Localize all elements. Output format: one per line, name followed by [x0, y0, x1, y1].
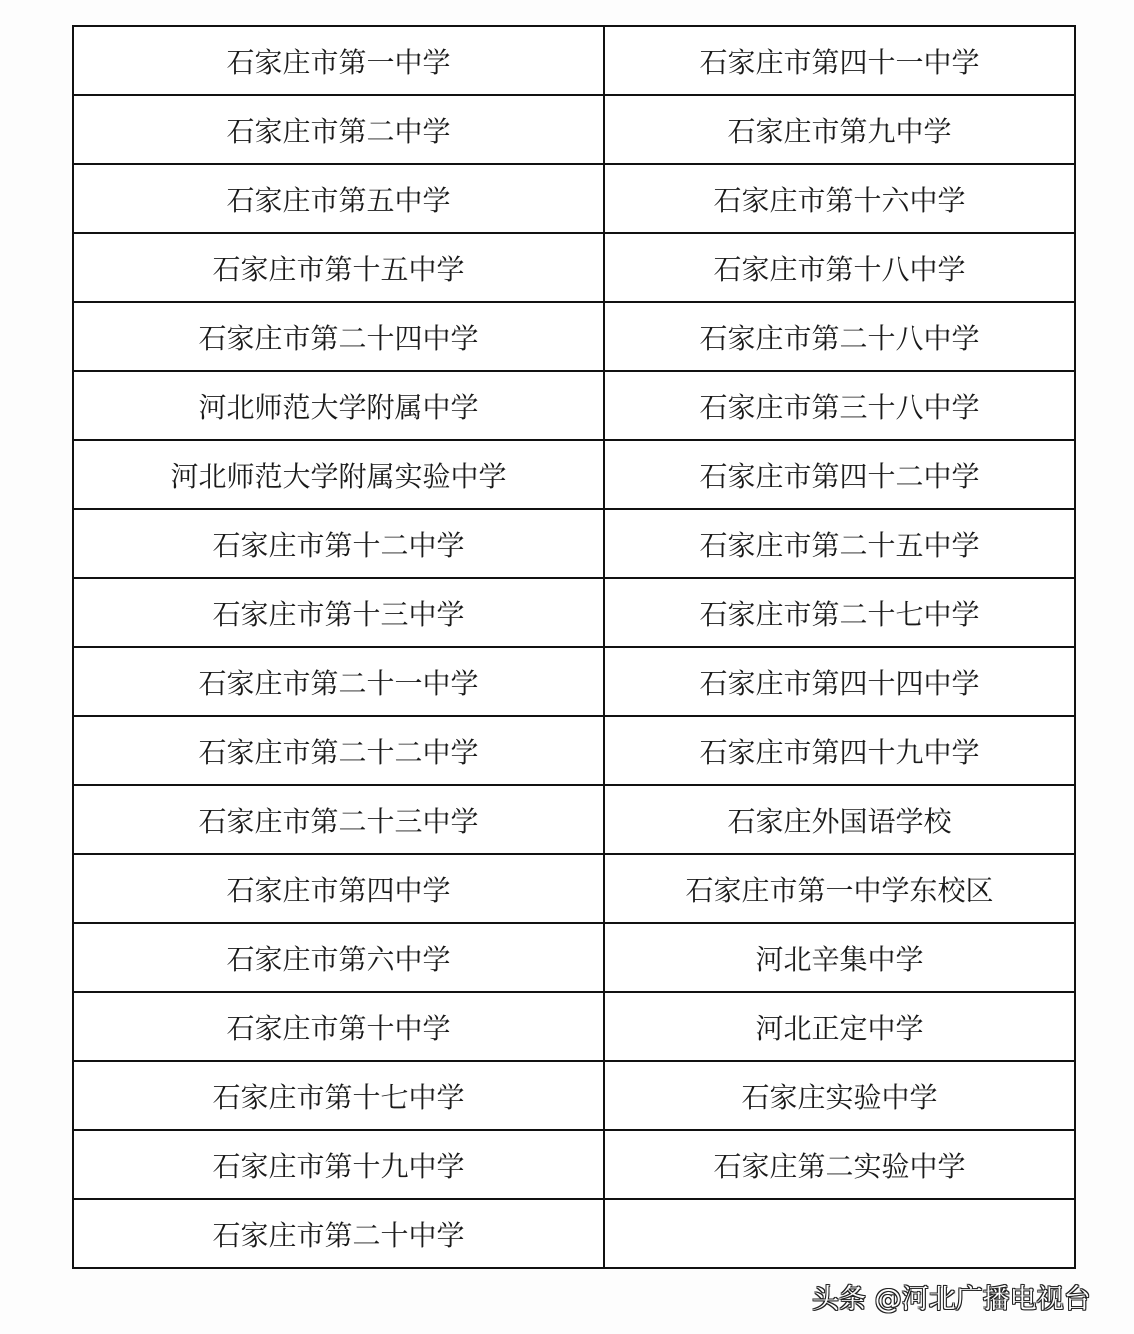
school-cell-right: 石家庄外国语学校	[604, 785, 1075, 854]
school-cell-right: 石家庄市第四十九中学	[604, 716, 1075, 785]
school-cell-right: 石家庄市第二十八中学	[604, 302, 1075, 371]
school-cell-left: 石家庄市第二十中学	[73, 1199, 604, 1268]
school-cell-left: 石家庄市第五中学	[73, 164, 604, 233]
table-row: 石家庄市第十中学 河北正定中学	[73, 992, 1075, 1061]
school-cell-right: 石家庄市第四十二中学	[604, 440, 1075, 509]
school-cell-left: 石家庄市第十三中学	[73, 578, 604, 647]
table-row: 石家庄市第二中学 石家庄市第九中学	[73, 95, 1075, 164]
school-cell-right: 石家庄市第十六中学	[604, 164, 1075, 233]
table-row: 石家庄市第二十四中学 石家庄市第二十八中学	[73, 302, 1075, 371]
school-cell-left: 石家庄市第二十一中学	[73, 647, 604, 716]
school-cell-left: 石家庄市第十二中学	[73, 509, 604, 578]
school-cell-right: 河北辛集中学	[604, 923, 1075, 992]
table-row: 石家庄市第二十三中学 石家庄外国语学校	[73, 785, 1075, 854]
school-cell-right: 石家庄实验中学	[604, 1061, 1075, 1130]
school-cell-right: 石家庄市第十八中学	[604, 233, 1075, 302]
school-cell-right: 石家庄第二实验中学	[604, 1130, 1075, 1199]
table-row: 石家庄市第十五中学 石家庄市第十八中学	[73, 233, 1075, 302]
school-cell-left: 石家庄市第十七中学	[73, 1061, 604, 1130]
table-row: 石家庄市第二十二中学 石家庄市第四十九中学	[73, 716, 1075, 785]
table-row: 石家庄市第一中学 石家庄市第四十一中学	[73, 26, 1075, 95]
school-cell-right: 石家庄市第二十五中学	[604, 509, 1075, 578]
school-cell-left: 石家庄市第六中学	[73, 923, 604, 992]
table-row: 石家庄市第六中学 河北辛集中学	[73, 923, 1075, 992]
school-cell-left: 石家庄市第十五中学	[73, 233, 604, 302]
watermark-text: 头条 @河北广播电视台	[812, 1277, 1091, 1316]
table-row: 石家庄市第十九中学 石家庄第二实验中学	[73, 1130, 1075, 1199]
school-cell-left: 石家庄市第十九中学	[73, 1130, 604, 1199]
table-row: 石家庄市第五中学 石家庄市第十六中学	[73, 164, 1075, 233]
school-cell-left: 石家庄市第二十三中学	[73, 785, 604, 854]
school-cell-left: 石家庄市第二十二中学	[73, 716, 604, 785]
school-cell-left: 石家庄市第二十四中学	[73, 302, 604, 371]
school-cell-left: 河北师范大学附属中学	[73, 371, 604, 440]
school-cell-right-empty	[604, 1199, 1075, 1268]
school-cell-right: 河北正定中学	[604, 992, 1075, 1061]
table-row: 石家庄市第十二中学 石家庄市第二十五中学	[73, 509, 1075, 578]
table-row: 河北师范大学附属实验中学 石家庄市第四十二中学	[73, 440, 1075, 509]
school-cell-left: 石家庄市第四中学	[73, 854, 604, 923]
table-row: 石家庄市第二十一中学 石家庄市第四十四中学	[73, 647, 1075, 716]
school-cell-left: 河北师范大学附属实验中学	[73, 440, 604, 509]
table-row: 石家庄市第二十中学	[73, 1199, 1075, 1268]
school-list-table: 石家庄市第一中学 石家庄市第四十一中学 石家庄市第二中学 石家庄市第九中学 石家…	[72, 25, 1076, 1269]
table-row: 河北师范大学附属中学 石家庄市第三十八中学	[73, 371, 1075, 440]
table-row: 石家庄市第四中学 石家庄市第一中学东校区	[73, 854, 1075, 923]
school-cell-right: 石家庄市第四十一中学	[604, 26, 1075, 95]
school-cell-left: 石家庄市第二中学	[73, 95, 604, 164]
school-cell-right: 石家庄市第四十四中学	[604, 647, 1075, 716]
school-cell-left: 石家庄市第一中学	[73, 26, 604, 95]
school-cell-right: 石家庄市第一中学东校区	[604, 854, 1075, 923]
table-row: 石家庄市第十七中学 石家庄实验中学	[73, 1061, 1075, 1130]
school-cell-left: 石家庄市第十中学	[73, 992, 604, 1061]
school-cell-right: 石家庄市第二十七中学	[604, 578, 1075, 647]
table-row: 石家庄市第十三中学 石家庄市第二十七中学	[73, 578, 1075, 647]
school-cell-right: 石家庄市第三十八中学	[604, 371, 1075, 440]
school-cell-right: 石家庄市第九中学	[604, 95, 1075, 164]
